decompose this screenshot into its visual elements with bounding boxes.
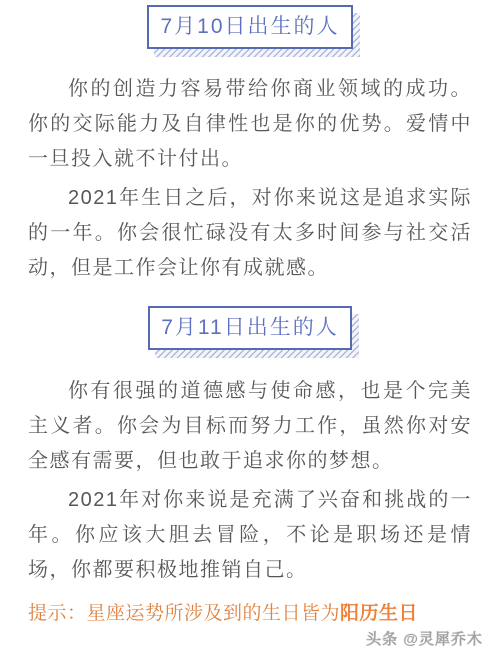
toutiao-author-watermark: 头条 @灵犀乔木: [0, 628, 483, 647]
paragraph: 2021年对你来说是充满了兴奋和挑战的一年。你应该大胆去冒险，不论是职场还是情场…: [28, 483, 472, 588]
section-title-july11: 7月11日出生的人: [148, 306, 351, 350]
tip-highlight-text: 阳历生日: [340, 603, 418, 624]
paragraph: 你的创造力容易带给你商业领域的成功。你的交际能力及自律性也是你的优势。爱情中一旦…: [28, 72, 472, 177]
tip-note: 提示：星座运势所涉及到的生日皆为阳历生日: [28, 601, 472, 627]
section-body-july10: 你的创造力容易带给你商业领域的成功。你的交际能力及自律性也是你的优势。爱情中一旦…: [28, 72, 472, 286]
section-title-label-july11: 7月11日出生的人: [148, 306, 351, 350]
section-title-row-july10: 7月10日出生的人: [0, 0, 500, 49]
tip-prefix-text: 提示：星座运势所涉及到的生日皆为: [28, 603, 340, 624]
section-title-label-july10: 7月10日出生的人: [147, 5, 352, 49]
paragraph: 2021年生日之后，对你来说这是追求实际的一年。你会很忙碌没有太多时间参与社交活…: [28, 181, 472, 286]
section-title-july10: 7月10日出生的人: [147, 5, 352, 49]
paragraph: 你有很强的道德感与使命感，也是个完美主义者。你会为目标而努力工作，虽然你对安全感…: [28, 374, 472, 479]
section-title-row-july11: 7月11日出生的人: [0, 286, 500, 350]
horoscope-article-page: 7月10日出生的人 你的创造力容易带给你商业领域的成功。你的交际能力及自律性也是…: [0, 0, 500, 647]
section-body-july11: 你有很强的道德感与使命感，也是个完美主义者。你会为目标而努力工作，虽然你对安全感…: [28, 374, 472, 588]
